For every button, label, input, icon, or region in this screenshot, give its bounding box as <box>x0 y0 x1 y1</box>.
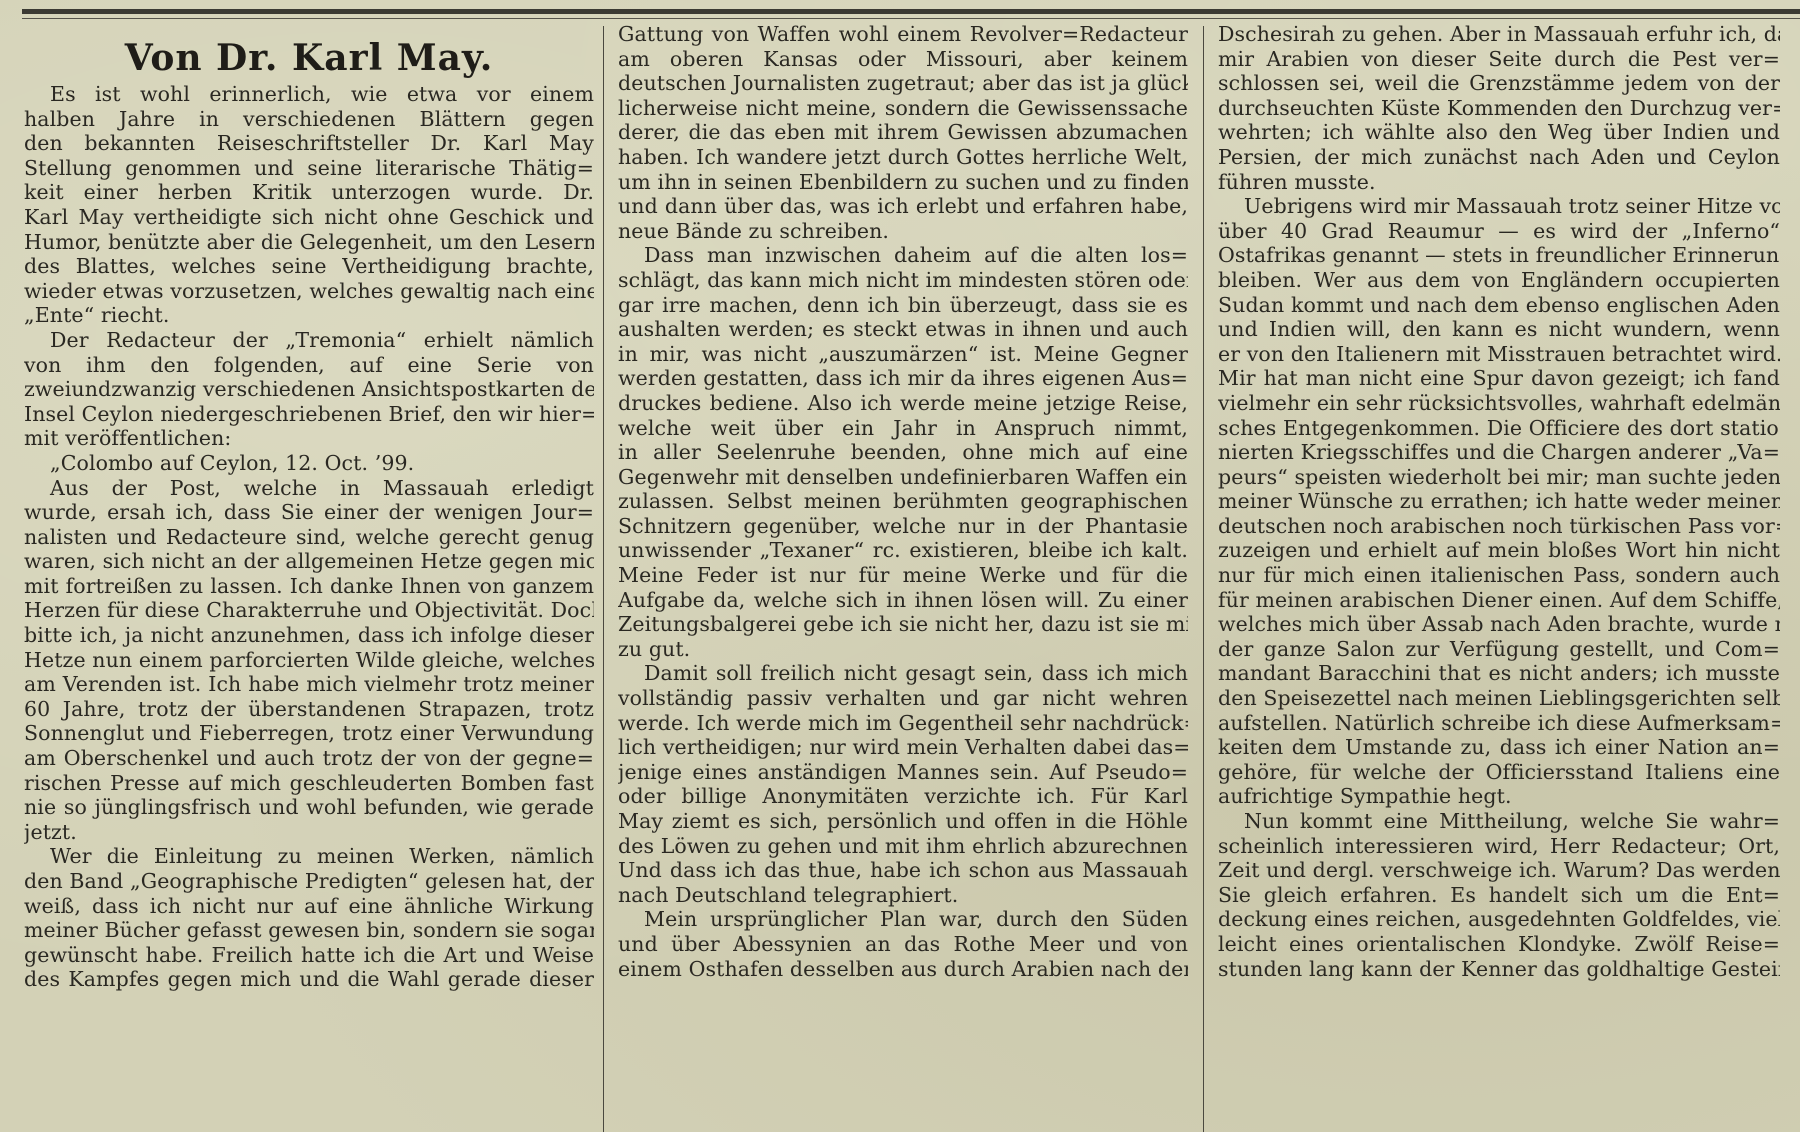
text-line: Hetze nun einem parforcierten Wilde glei… <box>24 648 594 673</box>
text-line: werden gestatten, dass ich mir da ihres … <box>618 366 1188 391</box>
column-2-text: Gattung von Waffen wohl einem Revolver=R… <box>618 22 1188 981</box>
text-line: Aus der Post, welche in Massauah erledig… <box>24 476 594 501</box>
text-line: aufrichtige Sympathie hegt. <box>1218 784 1780 809</box>
text-line: jenige eines anständigen Mannes sein. Au… <box>618 760 1188 785</box>
text-line: Mein ursprünglicher Plan war, durch den … <box>618 907 1188 932</box>
text-line: nie so jünglingsfrisch und wohl befunden… <box>24 795 594 820</box>
text-line: Mir hat man nicht eine Spur davon gezeig… <box>1218 366 1780 391</box>
text-line: den Band „Geographische Predigten“ geles… <box>24 869 594 894</box>
text-line: neue Bände zu schreiben. <box>618 219 1188 244</box>
text-line: welches mich über Assab nach Aden bracht… <box>1218 612 1780 637</box>
text-line: schlossen sei, weil die Grenzstämme jede… <box>1218 71 1780 96</box>
text-line: rischen Presse auf mich geschleuderten B… <box>24 771 594 796</box>
text-line: Uebrigens wird mir Massauah trotz seiner… <box>1218 194 1780 219</box>
text-line: „Ente“ riecht. <box>24 303 594 328</box>
text-line: wehrten; ich wählte also den Weg über In… <box>1218 120 1780 145</box>
text-line: Karl May vertheidigte sich nicht ohne Ge… <box>24 205 594 230</box>
text-line: May ziemt es sich, persönlich und offen … <box>618 809 1188 834</box>
text-line: Insel Ceylon niedergeschriebenen Brief, … <box>24 402 594 427</box>
text-line: am Verenden ist. Ich habe mich vielmehr … <box>24 672 594 697</box>
article-column-2: Gattung von Waffen wohl einem Revolver=R… <box>618 22 1188 981</box>
text-line: gewünscht habe. Freilich hatte ich die A… <box>24 943 594 968</box>
text-line: welche weit über ein Jahr in Anspruch ni… <box>618 416 1188 441</box>
text-line: stunden lang kann der Kenner das goldhal… <box>1218 957 1780 982</box>
text-line: nierten Kriegsschiffes und die Chargen a… <box>1218 440 1780 465</box>
text-line: keiten dem Umstande zu, dass ich einer N… <box>1218 735 1780 760</box>
text-line: Sonnenglut und Fieberregen, trotz einer … <box>24 721 594 746</box>
text-line: oder billige Anonymitäten verzichte ich.… <box>618 784 1188 809</box>
text-line: Damit soll freilich nicht gesagt sein, d… <box>618 661 1188 686</box>
text-line: der ganze Salon zur Verfügung gestellt, … <box>1218 637 1780 662</box>
text-line: von ihm den folgenden, auf eine Serie vo… <box>24 353 594 378</box>
text-line: einem Osthafen desselben aus durch Arabi… <box>618 957 1188 982</box>
column-1-text: Es ist wohl erinnerlich, wie etwa vor ei… <box>24 82 594 992</box>
text-line: nalisten und Redacteure sind, welche ger… <box>24 525 594 550</box>
text-line: Nun kommt eine Mittheilung, welche Sie w… <box>1218 809 1780 834</box>
text-line: Meine Feder ist nur für meine Werke und … <box>618 563 1188 588</box>
text-line: Stellung genommen und seine literarische… <box>24 156 594 181</box>
text-line: Der Redacteur der „Tremonia“ erhielt näm… <box>24 328 594 353</box>
text-line: mit veröffentlichen: <box>24 426 594 451</box>
text-line: Sudan kommt und nach dem ebenso englisch… <box>1218 293 1780 318</box>
text-line: Zeit und dergl. verschweige ich. Warum? … <box>1218 858 1780 883</box>
text-line: zuzeigen und erhielt auf mein bloßes Wor… <box>1218 538 1780 563</box>
text-line: Zeitungsbalgerei gebe ich sie nicht her,… <box>618 612 1188 637</box>
text-line: und dann über das, was ich erlebt und er… <box>618 194 1188 219</box>
text-line: und Indien will, den kann es nicht wunde… <box>1218 317 1780 342</box>
text-line: und über Abessynien an das Rothe Meer un… <box>618 932 1188 957</box>
text-line: meiner Bücher gefasst gewesen bin, sonde… <box>24 918 594 943</box>
text-line: leicht eines orientalischen Klondyke. Zw… <box>1218 932 1780 957</box>
article-column-1: Von Dr. Karl May. Es ist wohl erinnerlic… <box>24 22 594 992</box>
text-line: wieder etwas vorzusetzen, welches gewalt… <box>24 279 594 304</box>
text-line: zulassen. Selbst meinen berühmten geogra… <box>618 489 1188 514</box>
text-line: in mir, was nicht „auszumärzen“ ist. Mei… <box>618 342 1188 367</box>
text-line: wurde, ersah ich, dass Sie einer der wen… <box>24 500 594 525</box>
text-line: um ihn in seinen Ebenbildern zu suchen u… <box>618 170 1188 195</box>
text-line: Wer die Einleitung zu meinen Werken, näm… <box>24 844 594 869</box>
text-line: am oberen Kansas oder Missouri, aber kei… <box>618 47 1188 72</box>
text-line: meiner Wünsche zu errathen; ich hatte we… <box>1218 489 1780 514</box>
text-line: aushalten werden; es steckt etwas in ihn… <box>618 317 1188 342</box>
text-line: des Blattes, welches seine Vertheidigung… <box>24 254 594 279</box>
text-line: er von den Italienern mit Misstrauen bet… <box>1218 342 1780 367</box>
top-thin-rule <box>22 18 1800 19</box>
text-line: deutschen Journalisten zugetraut; aber d… <box>618 71 1188 96</box>
column-divider-2 <box>1203 26 1204 1132</box>
text-line: Gegenwehr mit denselben undefinierbaren … <box>618 465 1188 490</box>
text-line: deckung eines reichen, ausgedehnten Gold… <box>1218 907 1780 932</box>
text-line: keit einer herben Kritik unterzogen wurd… <box>24 180 594 205</box>
text-line: druckes bediene. Also ich werde meine je… <box>618 391 1188 416</box>
text-line: aufstellen. Natürlich schreibe ich diese… <box>1218 711 1780 736</box>
text-line: Persien, der mich zunächst nach Aden und… <box>1218 145 1780 170</box>
text-line: am Oberschenkel und auch trotz der von d… <box>24 746 594 771</box>
text-line: vielmehr ein sehr rücksichtsvolles, wahr… <box>1218 391 1780 416</box>
text-line: den Speisezettel nach meinen Lieblingsge… <box>1218 686 1780 711</box>
text-line: 60 Jahre, trotz der überstandenen Strapa… <box>24 697 594 722</box>
text-line: werde. Ich werde mich im Gegentheil sehr… <box>618 711 1188 736</box>
text-line: derer, die das eben mit ihrem Gewissen a… <box>618 120 1188 145</box>
article-title: Von Dr. Karl May. <box>24 36 594 80</box>
top-thick-rule <box>22 9 1800 14</box>
text-line: für meinen arabischen Diener einen. Auf … <box>1218 588 1780 613</box>
text-line: bitte ich, ja nicht anzunehmen, dass ich… <box>24 623 594 648</box>
text-line: vollständig passiv verhalten und gar nic… <box>618 686 1188 711</box>
text-line: in aller Seelenruhe beenden, ohne mich a… <box>618 440 1188 465</box>
text-line: zweiundzwanzig verschiedenen Ansichtspos… <box>24 377 594 402</box>
text-line: zu gut. <box>618 637 1188 662</box>
text-line: mir Arabien von dieser Seite durch die P… <box>1218 47 1780 72</box>
text-line: Gattung von Waffen wohl einem Revolver=R… <box>618 22 1188 47</box>
column-3-text: Dschesirah zu gehen. Aber in Massauah er… <box>1218 22 1780 981</box>
text-line: über 40 Grad Reaumur — es wird der „Infe… <box>1218 219 1780 244</box>
article-column-3: Dschesirah zu gehen. Aber in Massauah er… <box>1218 22 1780 981</box>
text-line: führen musste. <box>1218 170 1780 195</box>
text-line: Dschesirah zu gehen. Aber in Massauah er… <box>1218 22 1780 47</box>
text-line: mandant Baracchini that es nicht anders;… <box>1218 661 1780 686</box>
text-line: waren, sich nicht an der allgemeinen Het… <box>24 549 594 574</box>
column-divider-1 <box>603 26 604 1132</box>
text-line: nur für mich einen italienischen Pass, s… <box>1218 563 1780 588</box>
text-line: „Colombo auf Ceylon, 12. Oct. ’99. <box>24 451 594 476</box>
text-line: lich vertheidigen; nur wird mein Verhalt… <box>618 735 1188 760</box>
text-line: peurs“ speisten wiederholt bei mir; man … <box>1218 465 1780 490</box>
text-line: sches Entgegenkommen. Die Officiere des … <box>1218 416 1780 441</box>
text-line: Sie gleich erfahren. Es handelt sich um … <box>1218 883 1780 908</box>
text-line: Schnitzern gegenüber, welche nur in der … <box>618 514 1188 539</box>
text-line: Aufgabe da, welche sich in ihnen lösen w… <box>618 588 1188 613</box>
text-line: bleiben. Wer aus dem von Engländern occu… <box>1218 268 1780 293</box>
text-line: scheinlich interessieren wird, Herr Reda… <box>1218 834 1780 859</box>
text-line: schlägt, das kann mich nicht im mindeste… <box>618 268 1188 293</box>
text-line: Dass man inzwischen daheim auf die alten… <box>618 243 1188 268</box>
text-line: licherweise nicht meine, sondern die Gew… <box>618 96 1188 121</box>
text-line: Es ist wohl erinnerlich, wie etwa vor ei… <box>24 82 594 107</box>
text-line: gar irre machen, denn ich bin überzeugt,… <box>618 293 1188 318</box>
text-line: Humor, benützte aber die Gelegenheit, um… <box>24 230 594 255</box>
text-line: deutschen noch arabischen noch türkische… <box>1218 514 1780 539</box>
text-line: mit fortreißen zu lassen. Ich danke Ihne… <box>24 574 594 599</box>
text-line: haben. Ich wandere jetzt durch Gottes he… <box>618 145 1188 170</box>
text-line: Ostafrikas genannt — stets in freundlich… <box>1218 243 1780 268</box>
text-line: halben Jahre in verschiedenen Blättern g… <box>24 107 594 132</box>
text-line: des Kampfes gegen mich und die Wahl gera… <box>24 967 594 992</box>
text-line: jetzt. <box>24 820 594 845</box>
text-line: weiß, dass ich nicht nur auf eine ähnlic… <box>24 894 594 919</box>
text-line: Herzen für diese Charakterruhe und Objec… <box>24 598 594 623</box>
text-line: nach Deutschland telegraphiert. <box>618 883 1188 908</box>
text-line: durchseuchten Küste Kommenden den Durchz… <box>1218 96 1780 121</box>
text-line: des Löwen zu gehen und mit ihm ehrlich a… <box>618 834 1188 859</box>
text-line: Und dass ich das thue, habe ich schon au… <box>618 858 1188 883</box>
text-line: unwissender „Texaner“ rc. existieren, bl… <box>618 538 1188 563</box>
text-line: gehöre, für welche der Officiersstand It… <box>1218 760 1780 785</box>
text-line: den bekannten Reiseschriftsteller Dr. Ka… <box>24 131 594 156</box>
